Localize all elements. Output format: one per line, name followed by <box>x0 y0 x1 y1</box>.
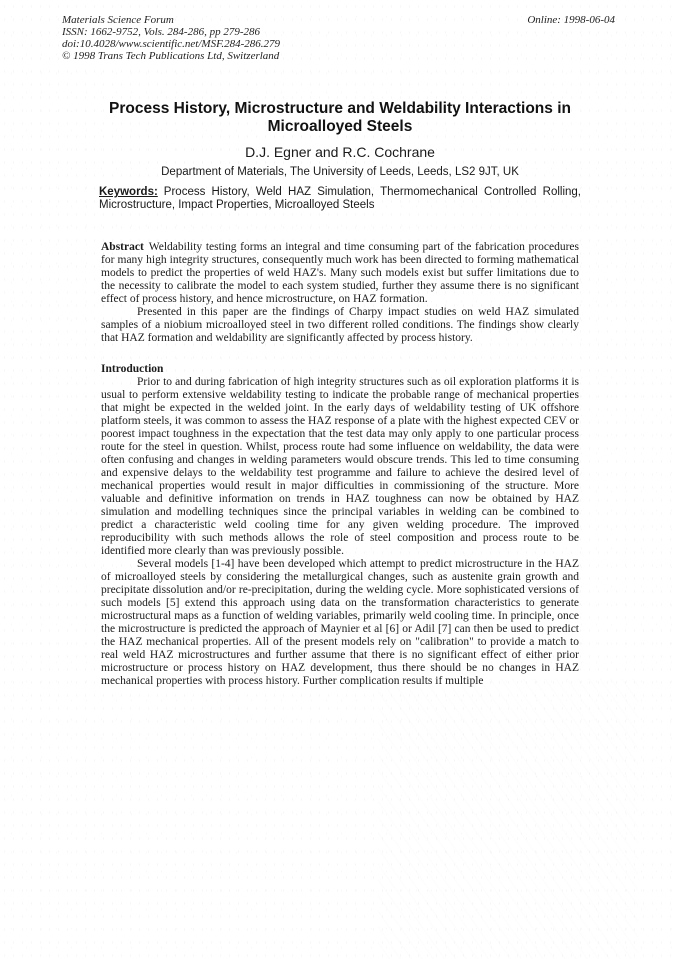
introduction-paragraph-2: Several models [1-4] have been developed… <box>101 558 579 688</box>
abstract-paragraph-1-text: Weldability testing forms an integral an… <box>101 241 579 305</box>
abstract-paragraph-2: Presented in this paper are the findings… <box>101 306 579 345</box>
paper-title-line-1: Process History, Microstructure and Weld… <box>100 100 580 118</box>
journal-copyright-line: © 1998 Trans Tech Publications Ltd, Swit… <box>62 50 280 62</box>
paper-title: Process History, Microstructure and Weld… <box>100 100 580 136</box>
document-page: Materials Science Forum ISSN: 1662-9752,… <box>0 0 678 959</box>
keywords-block: Keywords:Process History, Weld HAZ Simul… <box>99 186 581 212</box>
journal-issn-line: ISSN: 1662-9752, Vols. 284-286, pp 279-2… <box>62 26 280 38</box>
online-date: Online: 1998-06-04 <box>527 14 615 26</box>
journal-doi-line: doi:10.4028/www.scientific.net/MSF.284-2… <box>62 38 280 50</box>
introduction-section: Introduction Prior to and during fabrica… <box>101 362 579 688</box>
abstract-section: AbstractWeldability testing forms an int… <box>101 241 579 345</box>
abstract-paragraph-1: AbstractWeldability testing forms an int… <box>101 241 579 306</box>
keywords-label: Keywords: <box>99 186 164 198</box>
authors: D.J. Egner and R.C. Cochrane <box>100 144 580 160</box>
keywords-list: Process History, Weld HAZ Simulation, Th… <box>99 186 581 211</box>
journal-title: Materials Science Forum <box>62 14 280 26</box>
introduction-paragraph-1: Prior to and during fabrication of high … <box>101 376 579 558</box>
section-heading-introduction: Introduction <box>101 362 579 376</box>
paper-title-line-2: Microalloyed Steels <box>100 118 580 136</box>
affiliation: Department of Materials, The University … <box>100 166 580 178</box>
journal-header: Materials Science Forum ISSN: 1662-9752,… <box>62 14 280 62</box>
scan-watermark-texture <box>378 679 638 959</box>
abstract-label: Abstract <box>101 241 149 253</box>
